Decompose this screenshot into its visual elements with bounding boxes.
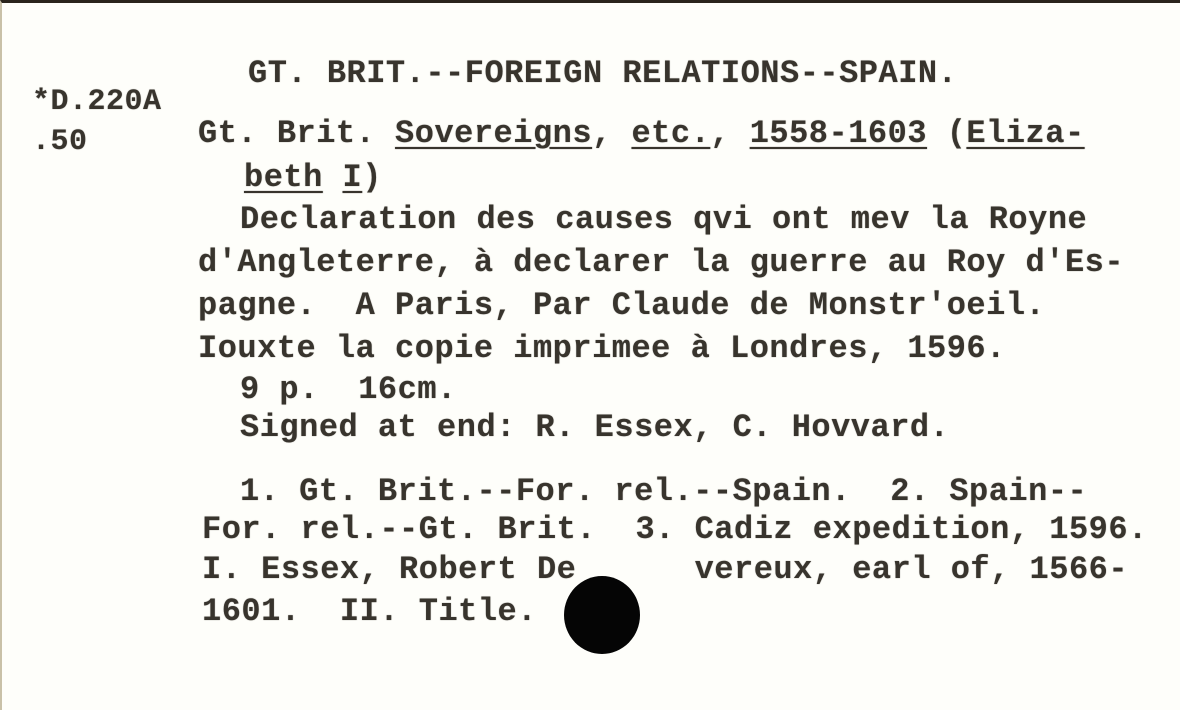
main-entry-roman: I (343, 159, 363, 196)
main-entry-prefix: Gt. Brit. (198, 115, 395, 152)
separator (323, 159, 343, 196)
main-entry-eliza: Eliza- (966, 115, 1084, 152)
main-entry-beth: beth (244, 159, 323, 196)
main-entry-dates: 1558-1603 (750, 115, 927, 152)
subject-heading: GT. BRIT.--FOREIGN RELATIONS--SPAIN. (248, 55, 957, 92)
title-line-3: pagne. A Paris, Par Claude de Monstr'oei… (198, 287, 1045, 324)
title-line-4: Iouxte la copie imprimee à Londres, 1596… (198, 330, 1006, 367)
call-number-line-1: *D.220A (32, 85, 162, 119)
separator: , (592, 115, 631, 152)
catalog-card: *D.220A .50 GT. BRIT.--FOREIGN RELATIONS… (0, 0, 1180, 710)
main-entry: Gt. Brit. Sovereigns, etc., 1558-1603 (E… (198, 115, 1085, 152)
punch-hole (564, 576, 640, 654)
title-line-2: d'Angleterre, à declarer la guerre au Ro… (198, 244, 1124, 281)
collation: 9 p. 16cm. (240, 371, 457, 408)
note: Signed at end: R. Essex, C. Hovvard. (240, 409, 949, 446)
main-entry-etc: etc. (631, 115, 710, 152)
separator: ) (362, 159, 382, 196)
tracing-line-3: I. Essex, Robert De vereux, earl of, 156… (202, 551, 1128, 588)
separator: ( (927, 115, 966, 152)
main-entry-sovereigns: Sovereigns (395, 115, 592, 152)
main-entry-continued: beth I) (244, 159, 382, 196)
tracing-line-1: 1. Gt. Brit.--For. rel.--Spain. 2. Spain… (240, 473, 1087, 510)
call-number-line-2: .50 (32, 125, 88, 159)
title-line-1: Declaration des causes qvi ont mev la Ro… (240, 201, 1087, 238)
separator: , (710, 115, 749, 152)
tracing-line-4: 1601. II. Title. (202, 593, 537, 630)
tracing-line-2: For. rel.--Gt. Brit. 3. Cadiz expedition… (202, 511, 1148, 548)
